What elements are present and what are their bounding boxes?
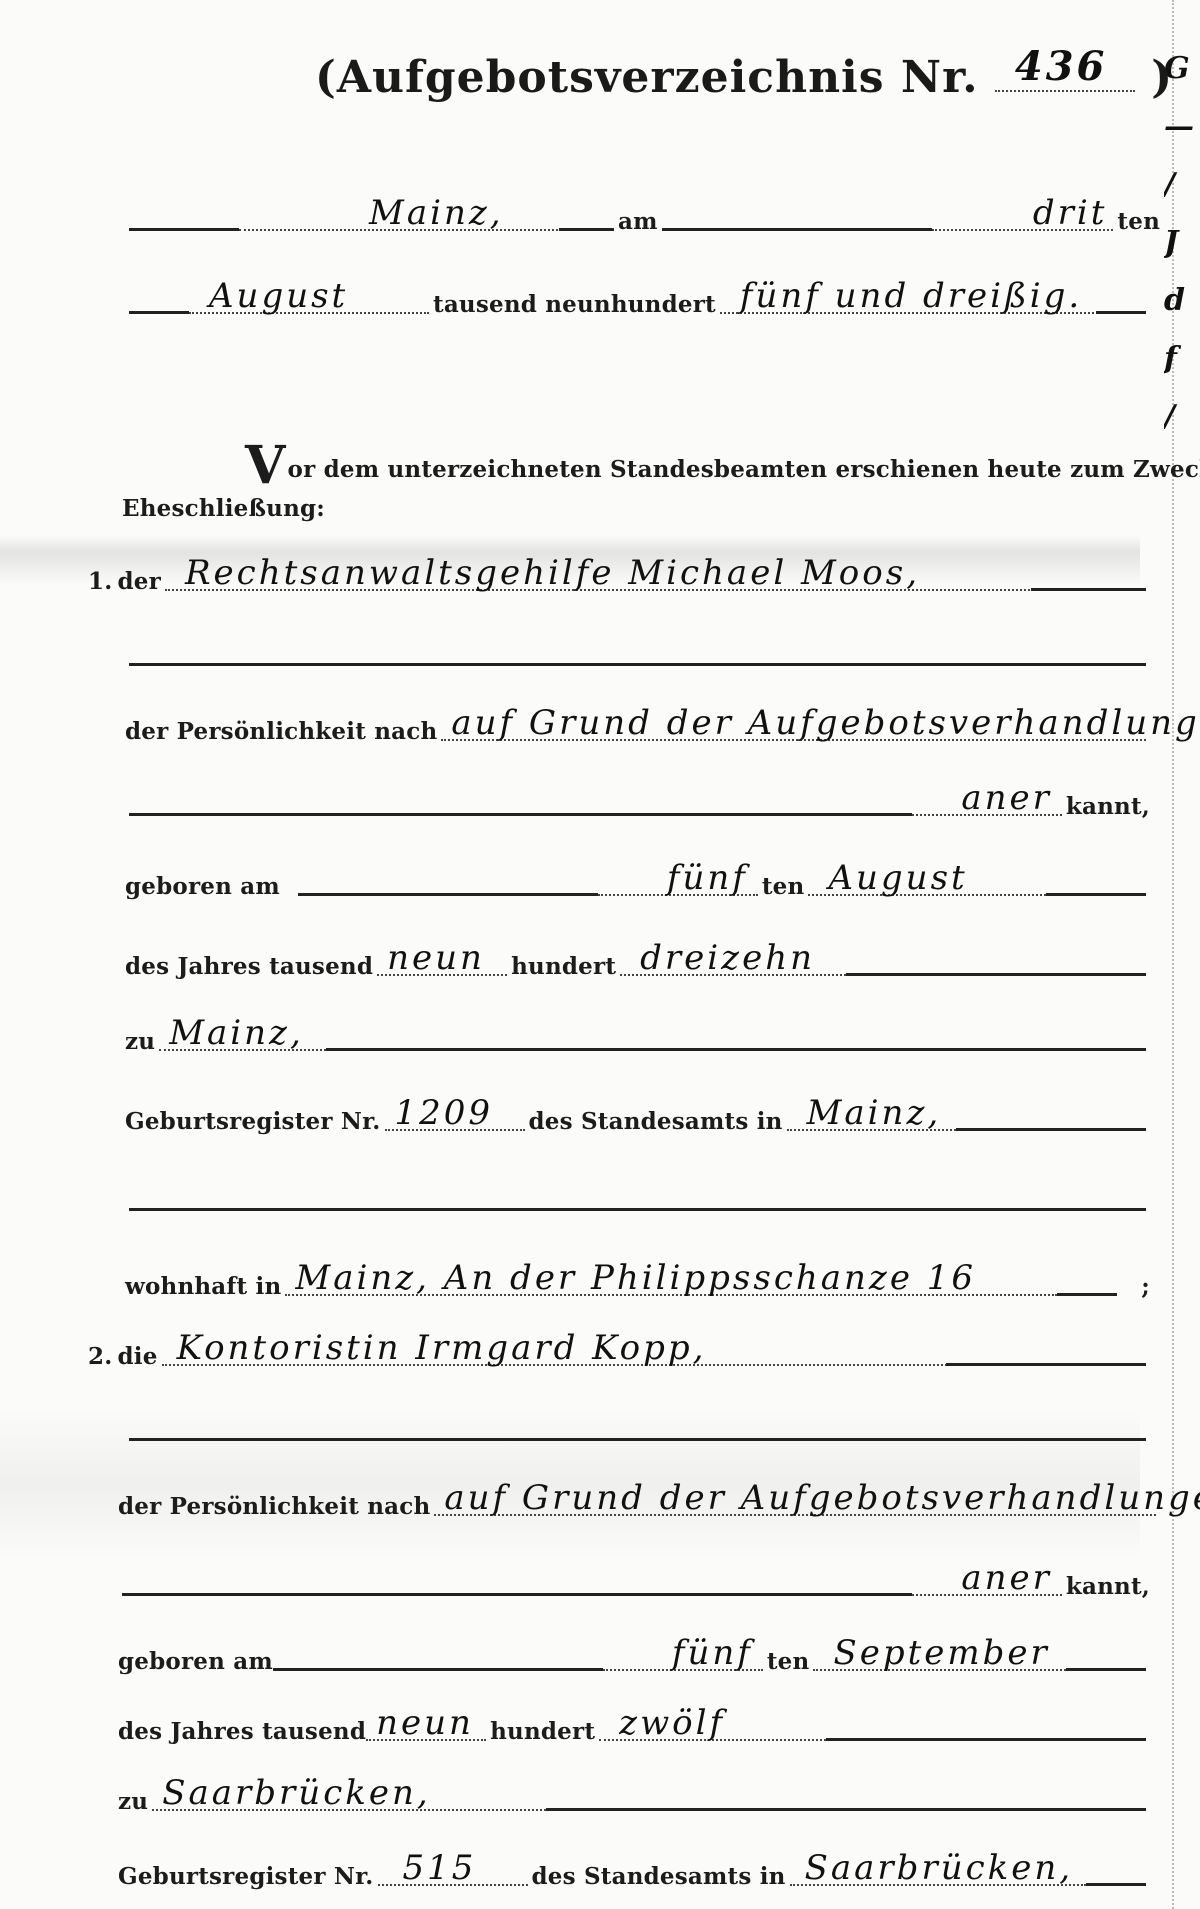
place-value: Mainz, [369, 193, 504, 233]
person2-at-label: zu [118, 1788, 148, 1815]
person1-blank-line [129, 630, 1146, 670]
person2-year-label: des Jahres tausend [118, 1718, 366, 1745]
ten-label: ten [1117, 208, 1160, 235]
person1-birthplace: Mainz, [169, 1013, 304, 1053]
person2-year-row: des Jahres tausend neun hundert zwölf [118, 1705, 1150, 1745]
person2-year-rest-field: zwölf [599, 1705, 1146, 1745]
person2-identity-label: der Persönlichkeit nach [118, 1493, 430, 1520]
person1-known-label: kannt, [1066, 793, 1150, 820]
person1-ten-label: ten [762, 873, 805, 900]
person1-register-number: 1209 [395, 1093, 494, 1133]
person2-known-label: kannt, [1066, 1573, 1150, 1600]
person2-hundred-label: hundert [490, 1718, 595, 1745]
person2-birthplace: Saarbrücken, [162, 1773, 430, 1813]
person1-register-label: Geburtsregister Nr. [125, 1108, 381, 1135]
person2-identity-value: auf Grund der Aufgebotsverhandlungen [444, 1478, 1200, 1518]
person1-blank-row [125, 630, 1150, 670]
document-title: (Aufgebotsverzeichnis Nr. 436 ) [315, 50, 1173, 103]
person1-year-label: des Jahres tausend [125, 953, 373, 980]
person1-birthplace-field: Mainz, [159, 1015, 1146, 1055]
person1-identity-row: der Persönlichkeit nach auf Grund der Au… [125, 705, 1150, 745]
person2-year-rest: zwölf [619, 1703, 725, 1743]
person1-office-place: Mainz, [807, 1093, 942, 1133]
person1-residence: Mainz, An der Philippsschanze 16 [295, 1258, 976, 1298]
person2-century-field: neun [366, 1705, 486, 1745]
person2-name-field: Kontoristin Irmgard Kopp, [162, 1330, 1146, 1370]
person1-number: 1. [88, 568, 112, 595]
person1-residence-label: wohnhaft in [125, 1273, 281, 1300]
month-year-row: August tausend neunhundert fünf und drei… [125, 278, 1150, 318]
person1-year-row: des Jahres tausend neun hundert dreizehn [125, 940, 1150, 980]
person2-ten-label: ten [767, 1648, 810, 1675]
day-value: drit [1033, 193, 1108, 233]
person1-born-label: geboren am [125, 873, 280, 900]
person1-born-day-field: fünf [298, 860, 758, 900]
person2-known-value: aner [961, 1558, 1052, 1598]
person2-born-row: geboren am fünf ten September [118, 1635, 1150, 1675]
person1-century-field: neun [377, 940, 507, 980]
title-close: ) [1151, 52, 1173, 103]
marriage-register-form: G—/Jdf/ (Aufgebotsverzeichnis Nr. 436 ) … [0, 0, 1200, 1909]
day-field: drit [662, 195, 1114, 235]
person2-register-number: 515 [403, 1848, 477, 1888]
person2-register-row: Geburtsregister Nr. 515 des Standesamts … [118, 1850, 1150, 1890]
person1-residence-field: Mainz, An der Philippsschanze 16 [285, 1260, 1137, 1300]
month-field: August [129, 278, 429, 318]
person1-born-row: geboren am fünf ten August [125, 860, 1150, 900]
person2-year-century: neun [376, 1703, 474, 1743]
person1-identity-field: auf Grund der Aufgebotsverhandlungen [441, 705, 1146, 745]
person2-born-month: September [833, 1633, 1049, 1673]
place-date-row: Mainz, am drit ten [125, 195, 1160, 235]
person1-hundred-label: hundert [511, 953, 616, 980]
person1-name-field: Rechtsanwaltsgehilfe Michael Moos, [165, 555, 1146, 595]
person1-known-field: aner [129, 780, 1062, 820]
person2-identity-row: der Persönlichkeit nach auf Grund der Au… [118, 1480, 1160, 1520]
person2-article: die [118, 1343, 158, 1370]
person1-year-century: neun [387, 938, 485, 978]
person2-name: Kontoristin Irmgard Kopp, [177, 1328, 707, 1368]
person1-register-row: Geburtsregister Nr. 1209 des Standesamts… [125, 1095, 1150, 1135]
person1-residence-end: ; [1141, 1273, 1150, 1300]
person1-article: der [118, 568, 161, 595]
person2-name-row: 2. die Kontoristin Irmgard Kopp, [88, 1330, 1150, 1370]
person1-born-month: August [828, 858, 967, 898]
month-value: August [209, 276, 348, 316]
person2-born-day-field: fünf [273, 1635, 763, 1675]
person1-at-label: zu [125, 1028, 155, 1055]
year-value: fünf und dreißig. [740, 276, 1082, 316]
person1-blank-line2 [129, 1175, 1146, 1215]
person1-name-row: 1. der Rechtsanwaltsgehilfe Michael Moos… [88, 555, 1150, 595]
intro-text-line1: or dem unterzeichneten Standesbeamten er… [288, 456, 1200, 483]
person1-blank-row2 [125, 1175, 1150, 1215]
title-label: (Aufgebotsverzeichnis Nr. [315, 52, 979, 103]
person2-birthplace-field: Saarbrücken, [152, 1775, 1146, 1815]
person2-blank-row [125, 1405, 1150, 1445]
person1-register-field: 1209 [385, 1095, 525, 1135]
person2-number: 2. [88, 1343, 112, 1370]
person2-register-label: Geburtsregister Nr. [118, 1863, 374, 1890]
year-field: fünf und dreißig. [720, 278, 1146, 318]
person1-name: Rechtsanwaltsgehilfe Michael Moos, [185, 553, 920, 593]
person2-born-day: fünf [672, 1633, 753, 1673]
person1-office-field: Mainz, [787, 1095, 1146, 1135]
tausend-label: tausend neunhundert [433, 291, 716, 318]
intro-text-line2: Eheschließung: [122, 495, 325, 522]
am-label: am [618, 208, 658, 235]
person2-born-label: geboren am [118, 1648, 273, 1675]
person1-identity-label: der Persönlichkeit nach [125, 718, 437, 745]
person1-year-rest-field: dreizehn [620, 940, 1146, 980]
person2-blank-line [129, 1405, 1146, 1445]
person2-identity-field: auf Grund der Aufgebotsverhandlungen [434, 1480, 1156, 1520]
person2-birthplace-row: zu Saarbrücken, [118, 1775, 1150, 1815]
person2-register-field: 515 [378, 1850, 528, 1890]
person2-office-field: Saarbrücken, [790, 1850, 1146, 1890]
person2-office-label: des Standesamts in [532, 1863, 786, 1890]
place-field: Mainz, [129, 195, 614, 235]
person1-born-month-field: August [808, 860, 1146, 900]
person2-known-field: aner [122, 1560, 1062, 1600]
person1-known-row: aner kannt, [125, 780, 1150, 820]
person2-born-month-field: September [813, 1635, 1146, 1675]
person1-known-value: aner [961, 778, 1052, 818]
aufgebot-number: 436 [1015, 43, 1108, 90]
person1-birthplace-row: zu Mainz, [125, 1015, 1150, 1055]
person2-known-row: aner kannt, [118, 1560, 1150, 1600]
person1-residence-row: wohnhaft in Mainz, An der Philippsschanz… [125, 1260, 1150, 1300]
intro-text: Vor dem unterzeichneten Standesbeamten e… [245, 440, 1160, 492]
person1-born-day: fünf [667, 858, 748, 898]
aufgebot-number-field: 436 [995, 50, 1135, 92]
person1-office-label: des Standesamts in [529, 1108, 783, 1135]
person2-office-place: Saarbrücken, [805, 1848, 1073, 1888]
person1-identity-value: auf Grund der Aufgebotsverhandlungen [451, 703, 1200, 743]
person1-year-rest: dreizehn [640, 938, 815, 978]
intro-dropcap: V [245, 435, 286, 496]
